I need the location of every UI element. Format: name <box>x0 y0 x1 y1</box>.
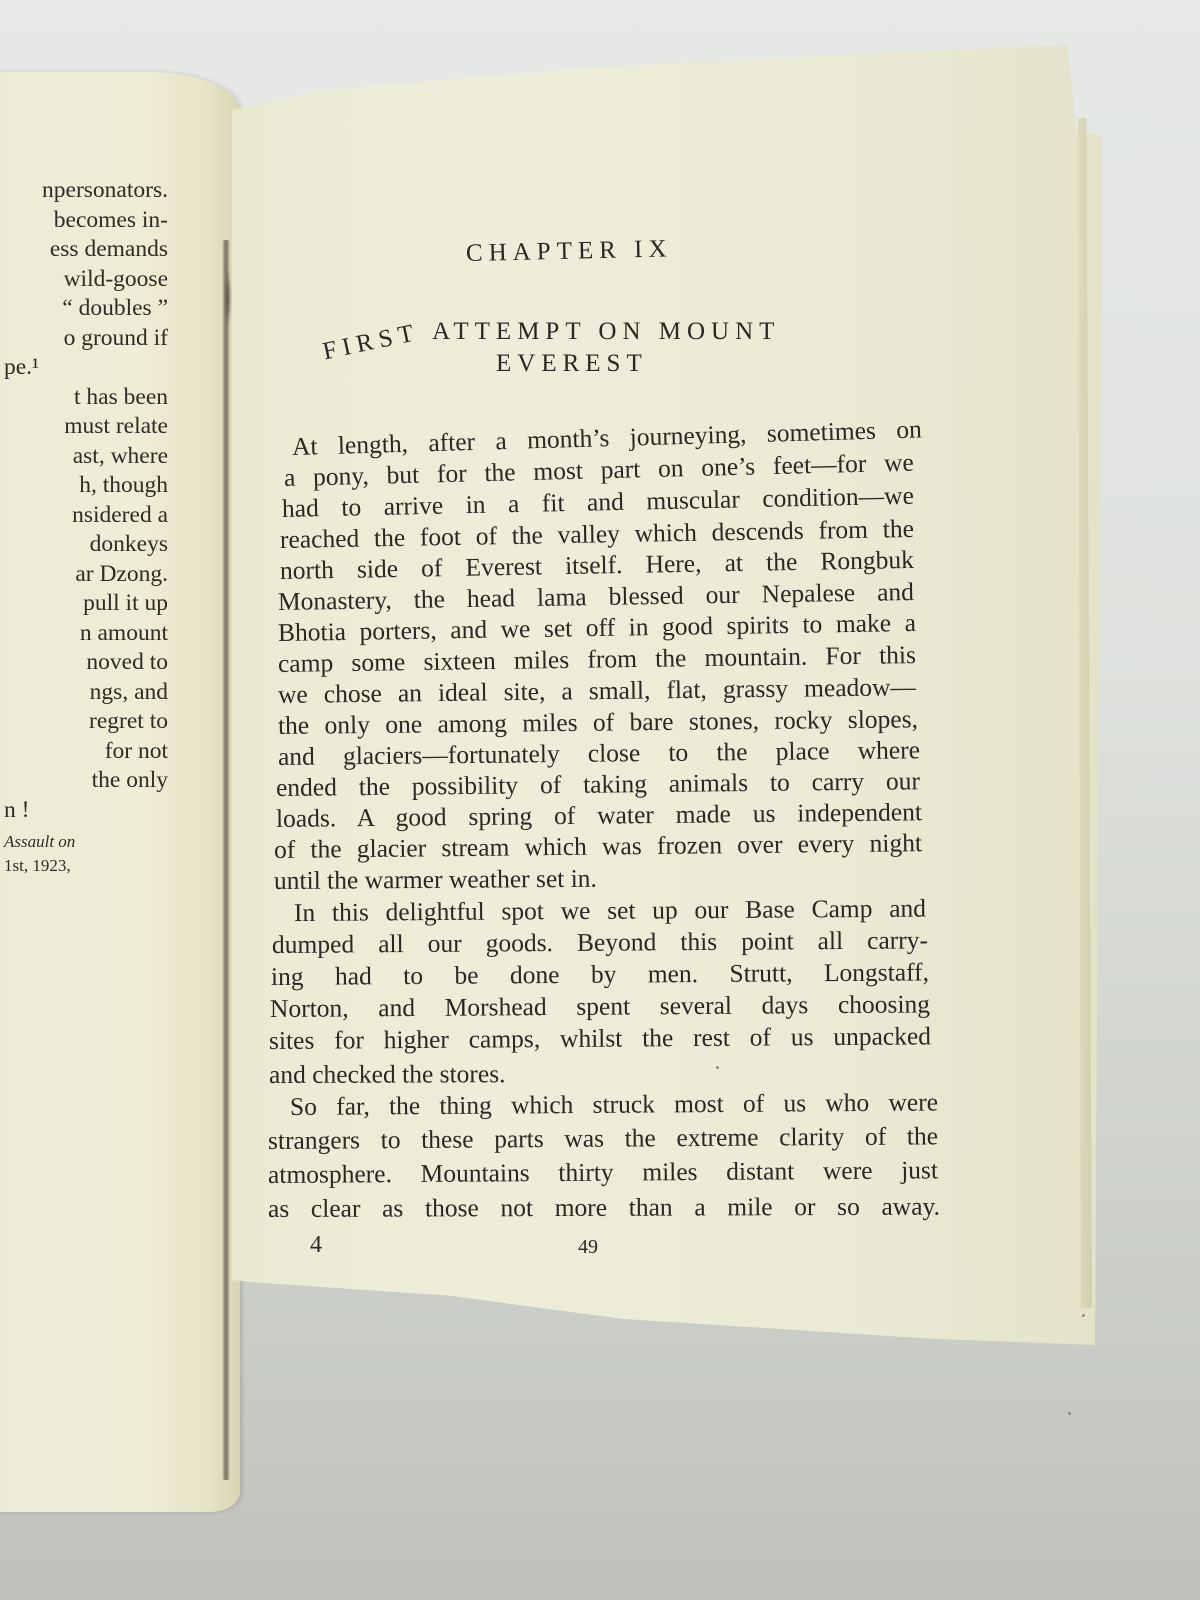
left-line: becomes in- <box>0 206 168 236</box>
book-gutter <box>222 240 230 1480</box>
left-line: must relate <box>0 412 168 442</box>
body-line: atmosphere. Mountains thirty miles dista… <box>268 1155 938 1190</box>
left-line: o ground if <box>0 324 168 354</box>
left-line: donkeys <box>0 530 168 560</box>
left-page: npersonators. becomes in- ess demands wi… <box>0 72 240 1512</box>
left-line: n ! <box>0 796 168 826</box>
chapter-title-line-1: FIRSTATTEMPT ON MOUNT <box>324 318 780 346</box>
chapter-title-line-2: EVEREST <box>496 350 648 378</box>
left-line: t has been <box>0 383 168 413</box>
left-line: n amount <box>0 619 168 649</box>
body-line: ing had to be done by men. Strutt, Longs… <box>271 957 929 992</box>
paper-speck <box>1068 1412 1071 1415</box>
left-line: ast, where <box>0 442 168 472</box>
body-line: strangers to these parts was the extreme… <box>268 1121 938 1156</box>
gutter-smudge <box>224 268 232 328</box>
body-line: In this delightful spot we set up our Ba… <box>294 894 926 928</box>
left-page-footnote: Assault on 1st, 1923, <box>4 830 154 878</box>
body-line: as clear as those not more than a mile o… <box>268 1192 940 1224</box>
left-page-text: npersonators. becomes in- ess demands wi… <box>0 176 168 825</box>
left-line: wild-goose <box>0 265 168 295</box>
body-line: until the warmer weather set in. <box>274 864 597 896</box>
chapter-title-rest: ATTEMPT ON MOUNT <box>432 318 780 346</box>
footnote-line: 1st, 1923, <box>4 854 154 878</box>
left-line: nsidered a <box>0 501 168 531</box>
left-line: pe.¹ <box>0 353 168 383</box>
left-line: h, though <box>0 471 168 501</box>
body-line: dumped all our goods. Beyond this point … <box>272 925 928 960</box>
left-line: noved to <box>0 648 168 678</box>
left-line: npersonators. <box>0 176 168 206</box>
footnote-line: Assault on <box>4 830 154 854</box>
body-line: and checked the stores. <box>269 1059 506 1090</box>
left-line: ess demands <box>0 235 168 265</box>
paper-speck <box>716 1066 719 1069</box>
left-line: ngs, and <box>0 678 168 708</box>
left-line: the only <box>0 766 168 796</box>
book-photo: npersonators. becomes in- ess demands wi… <box>0 0 1200 1600</box>
paper-speck <box>1082 1314 1085 1317</box>
signature-mark: 4 <box>310 1232 322 1259</box>
left-line: pull it up <box>0 589 168 619</box>
left-line: “ doubles ” <box>0 294 168 324</box>
body-line: So far, the thing which struck most of u… <box>290 1087 938 1122</box>
left-line: for not <box>0 737 168 767</box>
body-line: sites for higher camps, whilst the rest … <box>269 1021 931 1056</box>
page-number: 49 <box>578 1236 598 1259</box>
body-line: Norton, and Morshead spent several days … <box>270 989 930 1024</box>
left-line: regret to <box>0 707 168 737</box>
chapter-label: CHAPTER IX <box>466 235 673 268</box>
left-line: ar Dzong. <box>0 560 168 590</box>
